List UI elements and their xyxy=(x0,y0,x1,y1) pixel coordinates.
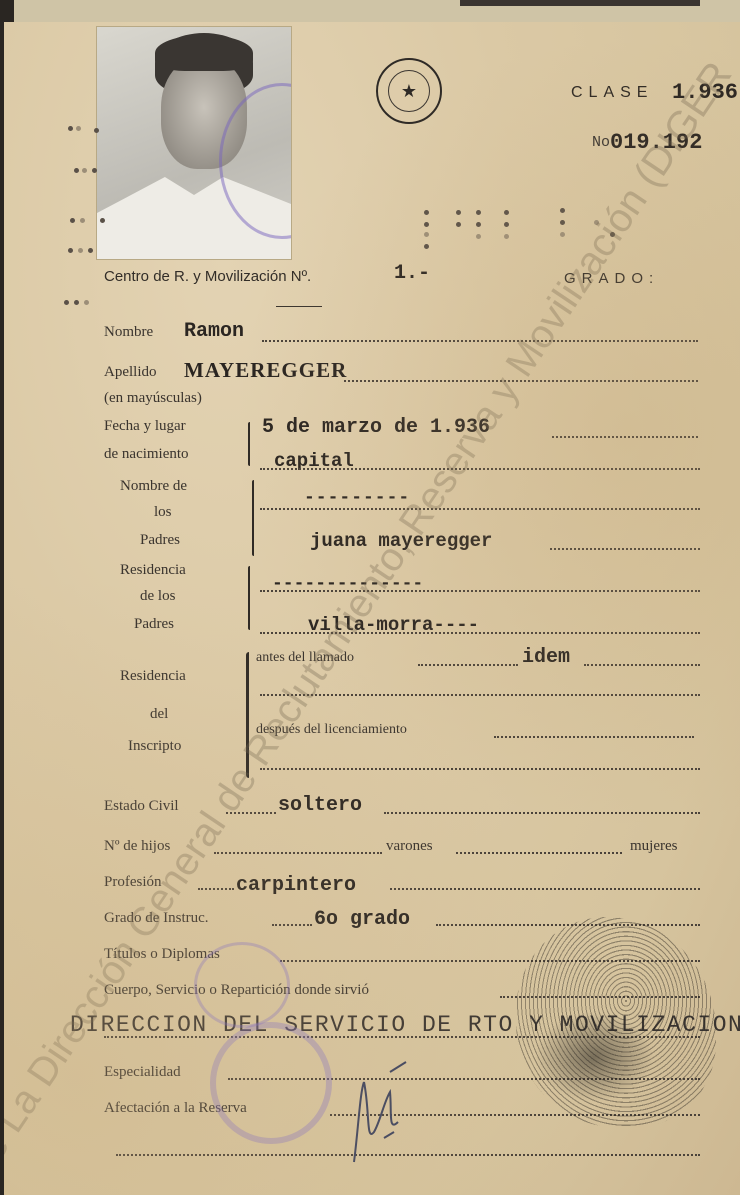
grado-instruc-value: 6o grado xyxy=(314,908,410,931)
res-inscripto-label-3: Inscripto xyxy=(128,738,181,755)
centro-label: Centro de R. y Movilización Nº. xyxy=(104,268,311,285)
apellido-sublabel: (en mayúsculas) xyxy=(104,390,202,407)
padres-label-3: Padres xyxy=(140,532,180,549)
estado-civil-label: Estado Civil xyxy=(104,798,179,815)
centro-value: 1.- xyxy=(394,262,430,285)
nombre-value: Ramon xyxy=(184,320,244,343)
portrait-photo xyxy=(96,26,292,260)
padres-label-1: Nombre de xyxy=(120,478,187,495)
purple-stamp-round xyxy=(210,1022,332,1144)
nacimiento-label-1: Fecha y lugar xyxy=(104,418,186,435)
especialidad-label: Especialidad xyxy=(104,1064,181,1081)
nombre-label: Nombre xyxy=(104,324,153,341)
divider xyxy=(276,306,322,307)
number-label: No xyxy=(592,134,610,151)
republic-seal-icon: ★ xyxy=(376,58,442,124)
padres-label-2: los xyxy=(154,504,172,521)
nacimiento-label-2: de nacimiento xyxy=(104,446,189,463)
profesion-value: carpintero xyxy=(236,874,356,897)
res-padres-label-1: Residencia xyxy=(120,562,186,579)
brace xyxy=(248,422,250,466)
hijos-label: Nº de hijos xyxy=(104,838,170,855)
father-name: --------- xyxy=(304,488,410,508)
estado-civil-value: soltero xyxy=(278,794,362,817)
registration-card: ★ CLASE 1.936 No 019.192 Centro de R. y … xyxy=(4,22,740,1195)
clase-label: CLASE xyxy=(571,84,653,102)
varones-label: varones xyxy=(386,838,433,855)
background-shadow xyxy=(460,0,700,6)
apellido-value: MAYEREGGER xyxy=(184,358,347,383)
res-inscripto-label-1: Residencia xyxy=(120,668,186,685)
res-padres-label-3: Padres xyxy=(134,616,174,633)
signature xyxy=(344,1052,424,1172)
mujeres-label: mujeres xyxy=(630,838,677,855)
res-inscripto-label-2: del xyxy=(150,706,168,723)
purple-stamp xyxy=(194,942,290,1028)
res-padres-label-2: de los xyxy=(140,588,175,605)
apellido-label: Apellido xyxy=(104,364,157,381)
antes-value: idem xyxy=(522,646,570,669)
